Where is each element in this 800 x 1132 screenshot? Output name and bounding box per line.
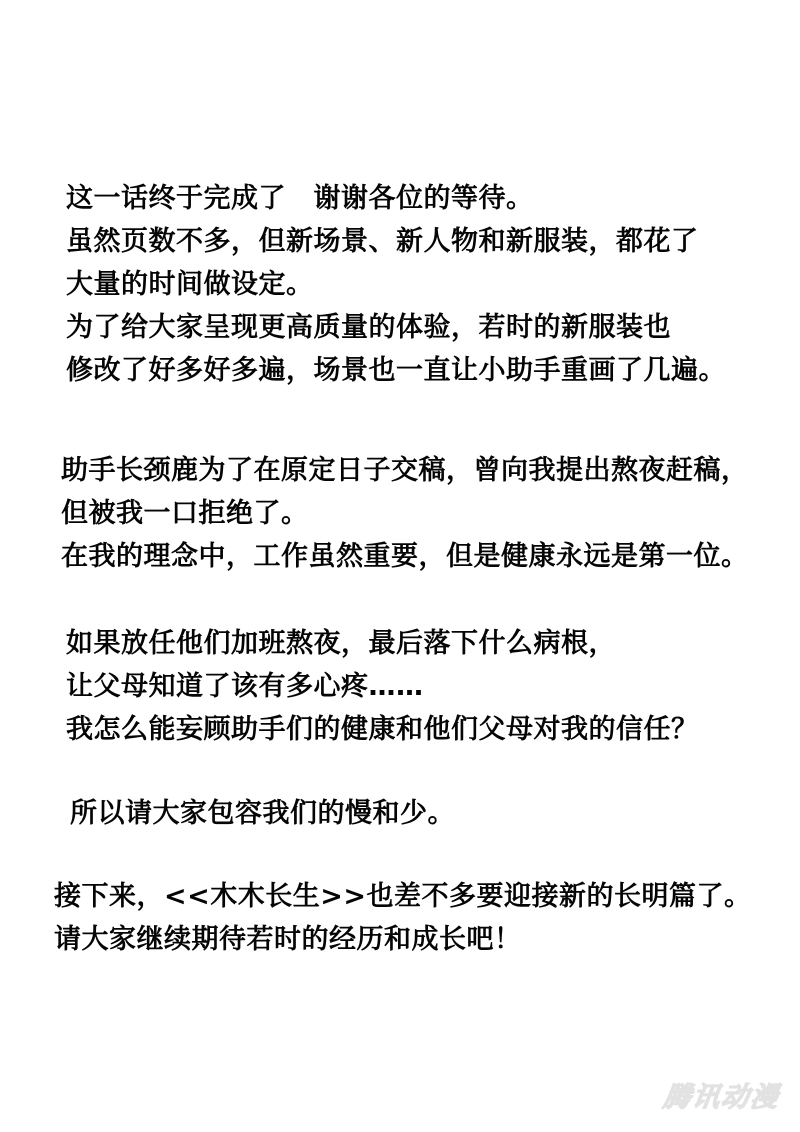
afterword-paragraph-3: 如果放任他们加班熬夜，最后落下什么病根， 让父母知道了该有多心疼…… 我怎么能妄… <box>66 622 699 751</box>
text-line: 所以请大家包容我们的慢和少。 <box>70 792 455 835</box>
text-line: 为了给大家呈现更高质量的体验，若时的新服装也 <box>66 306 726 349</box>
text-line: 修改了好多好多遍，场景也一直让小助手重画了几遍。 <box>66 349 726 392</box>
text-line: 但被我一口拒绝了。 <box>61 492 749 535</box>
text-line: 让父母知道了该有多心疼…… <box>66 665 699 708</box>
text-line: 我怎么能妄顾助手们的健康和他们父母对我的信任？ <box>66 708 699 751</box>
text-line: 如果放任他们加班熬夜，最后落下什么病根， <box>66 622 699 665</box>
afterword-paragraph-2: 助手长颈鹿为了在原定日子交稿，曾向我提出熬夜赶稿， 但被我一口拒绝了。 在我的理… <box>61 449 749 578</box>
tencent-comics-watermark-logo: 腾讯动漫 <box>661 1075 782 1114</box>
afterword-paragraph-5: 接下来，<<木木长生>>也差不多要迎接新的长明篇了。 请大家继续期待若时的经历和… <box>54 875 752 961</box>
text-line: 这一话终于完成了 谢谢各位的等待。 <box>66 177 726 220</box>
text-line: 接下来，<<木木长生>>也差不多要迎接新的长明篇了。 <box>54 875 752 918</box>
afterword-paragraph-1: 这一话终于完成了 谢谢各位的等待。 虽然页数不多，但新场景、新人物和新服装，都花… <box>66 177 726 392</box>
text-line: 助手长颈鹿为了在原定日子交稿，曾向我提出熬夜赶稿， <box>61 449 749 492</box>
text-line: 虽然页数不多，但新场景、新人物和新服装，都花了 <box>66 220 726 263</box>
text-line: 请大家继续期待若时的经历和成长吧！ <box>54 918 752 961</box>
afterword-page: 这一话终于完成了 谢谢各位的等待。 虽然页数不多，但新场景、新人物和新服装，都花… <box>0 0 800 1132</box>
text-line: 在我的理念中，工作虽然重要，但是健康永远是第一位。 <box>61 535 749 578</box>
afterword-paragraph-4: 所以请大家包容我们的慢和少。 <box>70 792 455 835</box>
text-line: 大量的时间做设定。 <box>66 263 726 306</box>
